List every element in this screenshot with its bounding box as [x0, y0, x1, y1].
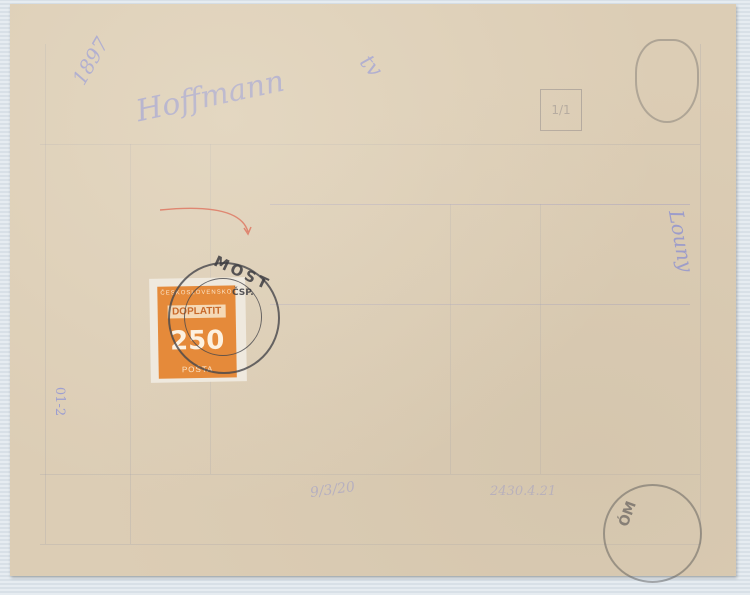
grid-line: [270, 204, 690, 205]
grid-line: [45, 44, 46, 544]
grid-line: [40, 144, 700, 145]
grid-line: [270, 304, 690, 305]
handwritten-mark: tv: [354, 50, 387, 82]
grid-line: [700, 44, 701, 544]
grid-line: [450, 204, 451, 474]
handwritten-lower-center: 9/3/20: [309, 479, 356, 501]
grid-line: [130, 144, 131, 544]
postmark-text: ÓM: [616, 499, 640, 529]
postmark-sub-text: ČSP.: [232, 288, 254, 298]
lower-right-postmark: ÓM: [603, 484, 702, 583]
handwritten-lower-right: 2430.4.21: [490, 484, 556, 499]
number: 01-2: [52, 387, 67, 416]
most-postmark: MOST ČSP.: [168, 262, 280, 374]
red-arrow-icon: [160, 202, 255, 242]
faint-box-stamp: 1/1: [540, 89, 582, 131]
handwritten-note-right: Louny: [664, 208, 698, 274]
grid-line: [40, 474, 700, 475]
grid-line: [40, 544, 700, 545]
handwritten-numbers-left: 01-2: [52, 387, 67, 416]
faint-postmark-top-right: [635, 39, 699, 123]
handwritten-signature: Hoffmann: [133, 64, 287, 130]
handwritten-note-top-left: 1897: [67, 33, 113, 89]
grid-line: [540, 204, 541, 474]
